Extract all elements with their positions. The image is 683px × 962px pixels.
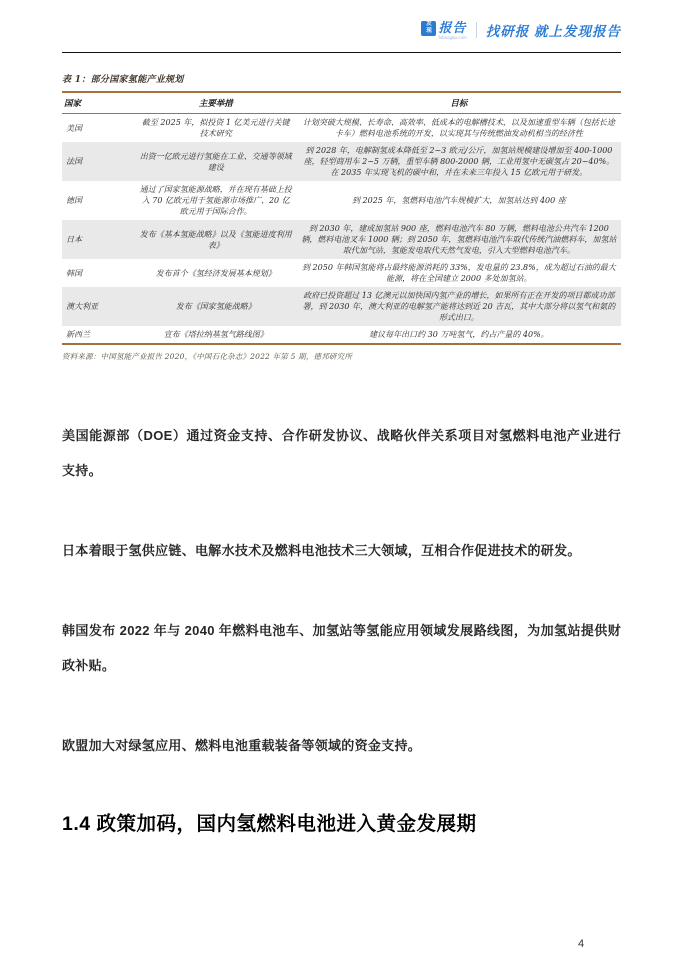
brand-tagline: 找研报 就上发现报告	[486, 20, 621, 40]
country-cell: 新西兰	[62, 326, 135, 344]
country-cell: 法国	[62, 142, 135, 181]
page-number: 4	[578, 938, 584, 950]
table-body: 美国 截至 2025 年，拟投资 1 亿美元进行关键技术研究 计划突破大规模、长…	[62, 114, 621, 345]
measures-cell: 发布首个《氢经济发展基本规划》	[135, 259, 297, 287]
table-header-row: 国家 主要举措 目标	[62, 92, 621, 114]
table-block: 表 1：部分国家氢能产业规划 国家 主要举措 目标 美国 截至 2025 年，拟…	[62, 72, 621, 362]
target-cell: 计划突破大规模、长寿命、高效率、低成本的电解槽技术，以及加速重型车辆（包括长途卡…	[297, 114, 621, 143]
measures-cell: 发布《国家氢能战略》	[135, 287, 297, 326]
table-row: 日本 发布《基本氢能战略》以及《氢能进度利用表》 到 2030 年，建成加氢站 …	[62, 220, 621, 259]
measures-cell: 截至 2025 年，拟投资 1 亿美元进行关键技术研究	[135, 114, 297, 143]
logo-box-char-bottom: 现	[421, 28, 436, 35]
country-cell: 澳大利亚	[62, 287, 135, 326]
target-cell: 到 2028 年，电解制氢成本降低至 2~3 欧元/公斤，加氢站规模建设增加至 …	[297, 142, 621, 181]
column-header-target: 目标	[297, 92, 621, 114]
country-cell: 韩国	[62, 259, 135, 287]
table-row: 韩国 发布首个《氢经济发展基本规划》 到 2050 年韩国氢能将占最终能源消耗的…	[62, 259, 621, 287]
target-cell: 到 2025 年，氢燃料电池汽车规模扩大，加氢站达到 400 座	[297, 181, 621, 220]
table-row: 澳大利亚 发布《国家氢能战略》 政府已投资超过 13 亿澳元以加快国内氢产业的增…	[62, 287, 621, 326]
table-source-note: 资料来源：中国氢能产业报告 2020，《中国石化杂志》2022 年第 5 期，德…	[62, 351, 621, 362]
target-cell: 到 2030 年，建成加氢站 900 座，燃料电池汽车 80 万辆，燃料电池公共…	[297, 220, 621, 259]
target-cell: 建议每年出口约 30 万吨氢气，约占产量的 40%。	[297, 326, 621, 344]
logo-text: 报告 fxbaogao.com	[438, 21, 466, 40]
section-heading-1-4: 1.4 政策加码，国内氢燃料电池进入黄金发展期	[62, 808, 621, 836]
country-cell: 美国	[62, 114, 135, 143]
table-row: 德国 通过了国家氢能源战略，并在现有基础上投入 70 亿欧元用于氢能源市场推广、…	[62, 181, 621, 220]
brand-logo: 发 现 报告 fxbaogao.com 找研报 就上发现报告	[421, 20, 621, 40]
logo-box-char-top: 发	[421, 21, 436, 28]
header-divider-line	[62, 52, 621, 53]
page-header: 发 现 报告 fxbaogao.com 找研报 就上发现报告	[62, 20, 621, 40]
logo-divider	[476, 22, 477, 38]
measures-cell: 出资一亿欧元进行氢能在工业、交通等领域建设	[135, 142, 297, 181]
target-cell: 政府已投资超过 13 亿澳元以加快国内氢产业的增长，如果所有正在开发的项目都成功…	[297, 287, 621, 326]
logo-domain: fxbaogao.com	[438, 35, 466, 40]
logo-mark: 发 现 报告 fxbaogao.com	[421, 21, 466, 40]
report-page: 发 现 报告 fxbaogao.com 找研报 就上发现报告 表 1：部分国家氢…	[0, 0, 683, 962]
paragraph-japan: 日本着眼于氢供应链、电解水技术及燃料电池技术三大领域，互相合作促进技术的研发。	[62, 533, 621, 568]
column-header-country: 国家	[62, 92, 135, 114]
table-row: 新西兰 宣布《塔拉纳基氢气路线图》 建议每年出口约 30 万吨氢气，约占产量的 …	[62, 326, 621, 344]
table-row: 美国 截至 2025 年，拟投资 1 亿美元进行关键技术研究 计划突破大规模、长…	[62, 114, 621, 143]
logo-wordmark: 报告	[438, 21, 466, 34]
table-row: 法国 出资一亿欧元进行氢能在工业、交通等领域建设 到 2028 年，电解制氢成本…	[62, 142, 621, 181]
country-cell: 德国	[62, 181, 135, 220]
hydrogen-policy-table: 国家 主要举措 目标 美国 截至 2025 年，拟投资 1 亿美元进行关键技术研…	[62, 91, 621, 345]
country-cell: 日本	[62, 220, 135, 259]
paragraph-korea: 韩国发布 2022 年与 2040 年燃料电池车、加氢站等氢能应用领域发展路线图…	[62, 613, 621, 683]
paragraph-doe: 美国能源部（DOE）通过资金支持、合作研发协议、战略伙伴关系项目对氢燃料电池产业…	[62, 418, 621, 488]
paragraph-eu: 欧盟加大对绿氢应用、燃料电池重载装备等领域的资金支持。	[62, 728, 621, 763]
fxbaogao-logo-icon: 发 现	[421, 21, 436, 36]
table-caption: 表 1：部分国家氢能产业规划	[62, 72, 621, 85]
body-text: 美国能源部（DOE）通过资金支持、合作研发协议、战略伙伴关系项目对氢燃料电池产业…	[62, 418, 621, 836]
measures-cell: 宣布《塔拉纳基氢气路线图》	[135, 326, 297, 344]
measures-cell: 发布《基本氢能战略》以及《氢能进度利用表》	[135, 220, 297, 259]
measures-cell: 通过了国家氢能源战略，并在现有基础上投入 70 亿欧元用于氢能源市场推广、20 …	[135, 181, 297, 220]
table-head: 国家 主要举措 目标	[62, 92, 621, 114]
column-header-measures: 主要举措	[135, 92, 297, 114]
target-cell: 到 2050 年韩国氢能将占最终能源消耗的 33%，发电量的 23.8%，成为超…	[297, 259, 621, 287]
